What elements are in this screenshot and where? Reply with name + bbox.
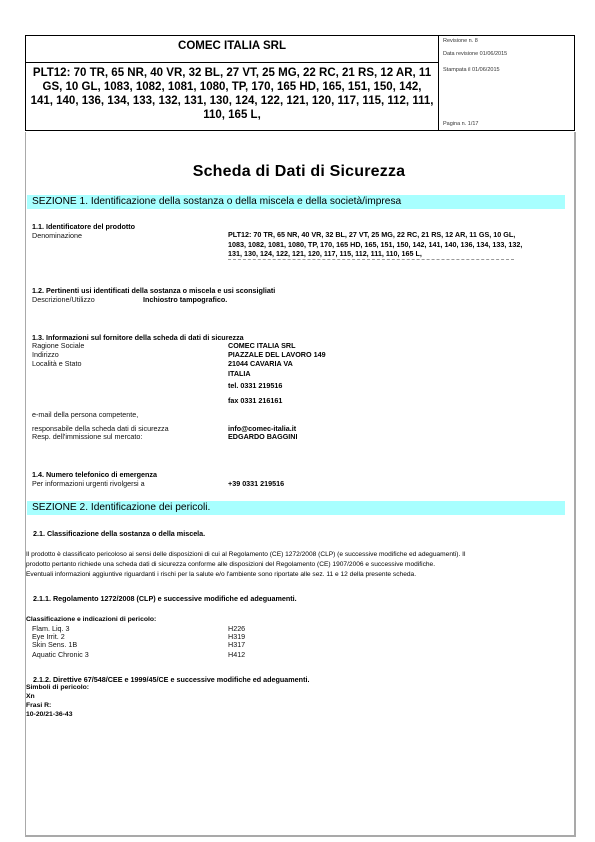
indirizzo-label: Indirizzo (32, 350, 59, 359)
ragione-value: COMEC ITALIA SRL (228, 341, 295, 350)
s1-4-title: 1.4. Numero telefonico di emergenza (32, 470, 157, 479)
denominazione-value: PLT12: 70 TR, 65 NR, 40 VR, 32 BL, 27 VT… (228, 230, 528, 259)
emergenza-label: Per informazioni urgenti rivolgersi a (32, 479, 145, 488)
mercato-label: Resp. dell'immissione sul mercato: (32, 432, 142, 441)
paragraph-line: prodotto pertanto richiede una scheda da… (26, 560, 586, 570)
mercato-value: EDGARDO BAGGINI (228, 432, 297, 441)
company-name: COMEC ITALIA SRL (26, 36, 438, 63)
hazard-code: H412 (228, 650, 245, 659)
emergenza-value: +39 0331 219516 (228, 479, 284, 488)
s2-1-1-title: 2.1.1. Regolamento 1272/2008 (CLP) e suc… (33, 594, 297, 603)
descrizione-value: Inchiostro tampografico. (143, 295, 227, 304)
hazard-class: Aquatic Chronic 3 (32, 650, 89, 659)
paragraph-line: Eventuali informazioni aggiuntive riguar… (26, 570, 586, 580)
page-number: Pagina n. 1/17 (443, 121, 478, 127)
header-table: COMEC ITALIA SRL PLT12: 70 TR, 65 NR, 40… (25, 35, 575, 131)
email-label: e-mail della persona competente, (32, 410, 138, 419)
s2-1-2-title: 2.1.2. Direttive 67/548/CEE e 1999/45/CE… (33, 675, 309, 684)
s2-1-title: 2.1. Classificazione della sostanza o de… (33, 529, 205, 538)
phrases-label: Frasi R: (26, 702, 51, 709)
s1-2-title: 1.2. Pertinenti usi identificati della s… (32, 286, 275, 295)
section-2-header: SEZIONE 2. Identificazione dei pericoli. (27, 501, 565, 515)
phrases-value: 10-20/21-36-43 (26, 711, 72, 718)
s1-1-title: 1.1. Identificatore del prodotto (32, 222, 135, 231)
localita-label: Località e Stato (32, 359, 82, 368)
header-left: COMEC ITALIA SRL PLT12: 70 TR, 65 NR, 40… (26, 36, 439, 130)
ragione-label: Ragione Sociale (32, 341, 84, 350)
tel-value: tel. 0331 219516 (228, 381, 282, 390)
fax-value: fax 0331 216161 (228, 396, 282, 405)
stato-value: ITALIA (228, 369, 251, 378)
product-name: PLT12: 70 TR, 65 NR, 40 VR, 32 BL, 27 VT… (26, 63, 438, 122)
symbols-value: Xn (26, 693, 35, 700)
section-1-header: SEZIONE 1. Identificazione della sostanz… (27, 195, 565, 209)
classification-paragraph: Il prodotto è classificato pericoloso ai… (26, 550, 586, 580)
document-title: Scheda di Dati di Sicurezza (25, 163, 573, 181)
denominazione-label: Denominazione (32, 231, 82, 240)
symbols-label: Simboli di pericolo: (26, 684, 89, 691)
revision-number: Revisione n. 8 (443, 38, 478, 44)
paragraph-line: Il prodotto è classificato pericoloso ai… (26, 550, 586, 560)
localita-value: 21044 CAVARIA VA (228, 359, 293, 368)
header-meta: Revisione n. 8 Data revisione 01/06/2015… (439, 36, 574, 130)
hazard-code: H317 (228, 640, 245, 649)
indirizzo-value: PIAZZALE DEL LAVORO 149 (228, 350, 326, 359)
hazard-class: Skin Sens. 1B (32, 640, 77, 649)
print-date: Stampata il 01/06/2015 (443, 67, 500, 73)
divider (228, 259, 514, 260)
descrizione-label: Descrizione/Utilizzo (32, 295, 95, 304)
classification-label: Classificazione e indicazioni di pericol… (26, 616, 156, 623)
revision-date: Data revisione 01/06/2015 (443, 51, 507, 57)
